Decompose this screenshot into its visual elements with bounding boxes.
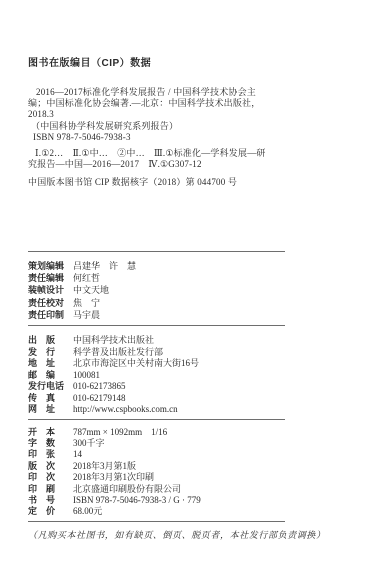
- publisher-block: 出 版 中国科学技术出版社 发 行 科学普及出版社发行部 地 址 北京市海淀区中…: [28, 326, 355, 419]
- print-info-row: 版 次 2018年3月第1版: [28, 461, 355, 472]
- publisher-label: 发行电话: [28, 381, 73, 393]
- staff-row: 责任编辑 何红哲: [28, 272, 355, 284]
- divider: [28, 521, 285, 522]
- print-info-label: 版 次: [28, 461, 73, 472]
- publisher-value: 010-62179148: [73, 393, 355, 405]
- cip-classification-line: 究报告—中国—2016—2017 Ⅳ.①G307-12: [28, 159, 355, 170]
- publisher-value: 中国科学技术出版社: [73, 335, 355, 347]
- staff-label: 装帧设计: [28, 284, 73, 296]
- cip-record-number: 中国版本图书馆 CIP 数据核字（2018）第 044700 号: [28, 177, 355, 188]
- print-info-label: 印 刷: [28, 484, 73, 495]
- staff-value: 焦 宁: [73, 297, 355, 309]
- print-info-label: 书 号: [28, 495, 73, 506]
- print-info-row: 开 本 787mm × 1092mm 1/16: [28, 427, 355, 438]
- staff-value: 马宇晨: [73, 309, 355, 321]
- publisher-value: 北京市海淀区中关村南大街16号: [73, 358, 355, 370]
- print-info-row: 印 张 14: [28, 449, 355, 460]
- staff-label: 策划编辑: [28, 260, 73, 272]
- publisher-row: 发行电话 010-62173865: [28, 381, 355, 393]
- purchase-note: （凡购买本社图书，如有缺页、倒页、脱页者，本社发行部负责调换）: [28, 530, 355, 541]
- print-info-label: 定 价: [28, 506, 73, 517]
- print-info-value: 2018年3月第1次印刷: [73, 472, 355, 483]
- publisher-value: 100081: [73, 370, 355, 382]
- publisher-row: 邮 编 100081: [28, 370, 355, 382]
- print-info-value: 14: [73, 449, 355, 460]
- print-info-value: 787mm × 1092mm 1/16: [73, 427, 355, 438]
- cip-classification: Ⅰ.①2… Ⅱ.①中… ②中… Ⅲ.①标准化—学科发展—研 究报告—中国—201…: [28, 148, 355, 170]
- print-info-row: 字 数 300千字: [28, 438, 355, 449]
- publisher-label: 邮 编: [28, 370, 73, 382]
- cip-description-line: 编；中国标准化协会编著.—北京：中国科学技术出版社，: [28, 98, 355, 109]
- print-info-label: 开 本: [28, 427, 73, 438]
- staff-label: 责任编辑: [28, 272, 73, 284]
- publisher-row: 传 真 010-62179148: [28, 393, 355, 405]
- publisher-row: 网 址 http://www.cspbooks.com.cn: [28, 404, 355, 416]
- staff-value: 中文天地: [73, 284, 355, 296]
- publisher-label: 地 址: [28, 358, 73, 370]
- print-info-value: 68.00元: [73, 506, 355, 517]
- cip-description-line: 2018.3: [28, 109, 355, 120]
- print-info-row: 定 价 68.00元: [28, 506, 355, 517]
- cip-series-note: （中国科协学科发展研究系列报告）: [28, 121, 355, 132]
- cip-header: 图书在版编目（CIP）数据: [28, 58, 355, 70]
- copyright-page: 图书在版编目（CIP）数据 2016—2017标准化学科发展报告 / 中国科学技…: [0, 0, 375, 541]
- staff-row: 责任校对 焦 宁: [28, 297, 355, 309]
- print-info-value: ISBN 978-7-5046-7938-3 / G · 779: [73, 495, 355, 506]
- publisher-label: 传 真: [28, 393, 73, 405]
- staff-label: 责任校对: [28, 297, 73, 309]
- publisher-value: 科学普及出版社发行部: [73, 347, 355, 359]
- publisher-row: 发 行 科学普及出版社发行部: [28, 347, 355, 359]
- print-info-value: 300千字: [73, 438, 355, 449]
- cip-classification-line: Ⅰ.①2… Ⅱ.①中… ②中… Ⅲ.①标准化—学科发展—研: [28, 148, 355, 159]
- staff-row: 责任印制 马宇晨: [28, 309, 355, 321]
- print-info-label: 印 张: [28, 449, 73, 460]
- print-info-label: 字 数: [28, 438, 73, 449]
- cip-isbn-line: ISBN 978-7-5046-7938-3: [28, 132, 355, 143]
- cip-description: 2016—2017标准化学科发展报告 / 中国科学技术协会主 编；中国标准化协会…: [28, 87, 355, 120]
- staff-block: 策划编辑 吕建华 许 慧 责任编辑 何红哲 装帧设计 中文天地 责任校对 焦 宁…: [28, 252, 355, 325]
- print-info-label: 印 次: [28, 472, 73, 483]
- print-info-row: 印 次 2018年3月第1次印刷: [28, 472, 355, 483]
- staff-row: 策划编辑 吕建华 许 慧: [28, 260, 355, 272]
- staff-value: 何红哲: [73, 272, 355, 284]
- publisher-value: http://www.cspbooks.com.cn: [73, 404, 355, 416]
- staff-row: 装帧设计 中文天地: [28, 284, 355, 296]
- print-info-row: 印 刷 北京盛通印刷股份有限公司: [28, 484, 355, 495]
- print-info-value: 北京盛通印刷股份有限公司: [73, 484, 355, 495]
- publisher-label: 网 址: [28, 404, 73, 416]
- print-info-value: 2018年3月第1版: [73, 461, 355, 472]
- publisher-row: 出 版 中国科学技术出版社: [28, 335, 355, 347]
- publisher-row: 地 址 北京市海淀区中关村南大街16号: [28, 358, 355, 370]
- publisher-label: 发 行: [28, 347, 73, 359]
- staff-value: 吕建华 许 慧: [73, 260, 355, 272]
- print-info-block: 开 本 787mm × 1092mm 1/16 字 数 300千字 印 张 14…: [28, 420, 355, 521]
- print-info-row: 书 号 ISBN 978-7-5046-7938-3 / G · 779: [28, 495, 355, 506]
- publisher-label: 出 版: [28, 335, 73, 347]
- cip-data-block: 图书在版编目（CIP）数据 2016—2017标准化学科发展报告 / 中国科学技…: [28, 58, 355, 188]
- publisher-value: 010-62173865: [73, 381, 355, 393]
- staff-label: 责任印制: [28, 309, 73, 321]
- cip-description-line: 2016—2017标准化学科发展报告 / 中国科学技术协会主: [28, 87, 355, 98]
